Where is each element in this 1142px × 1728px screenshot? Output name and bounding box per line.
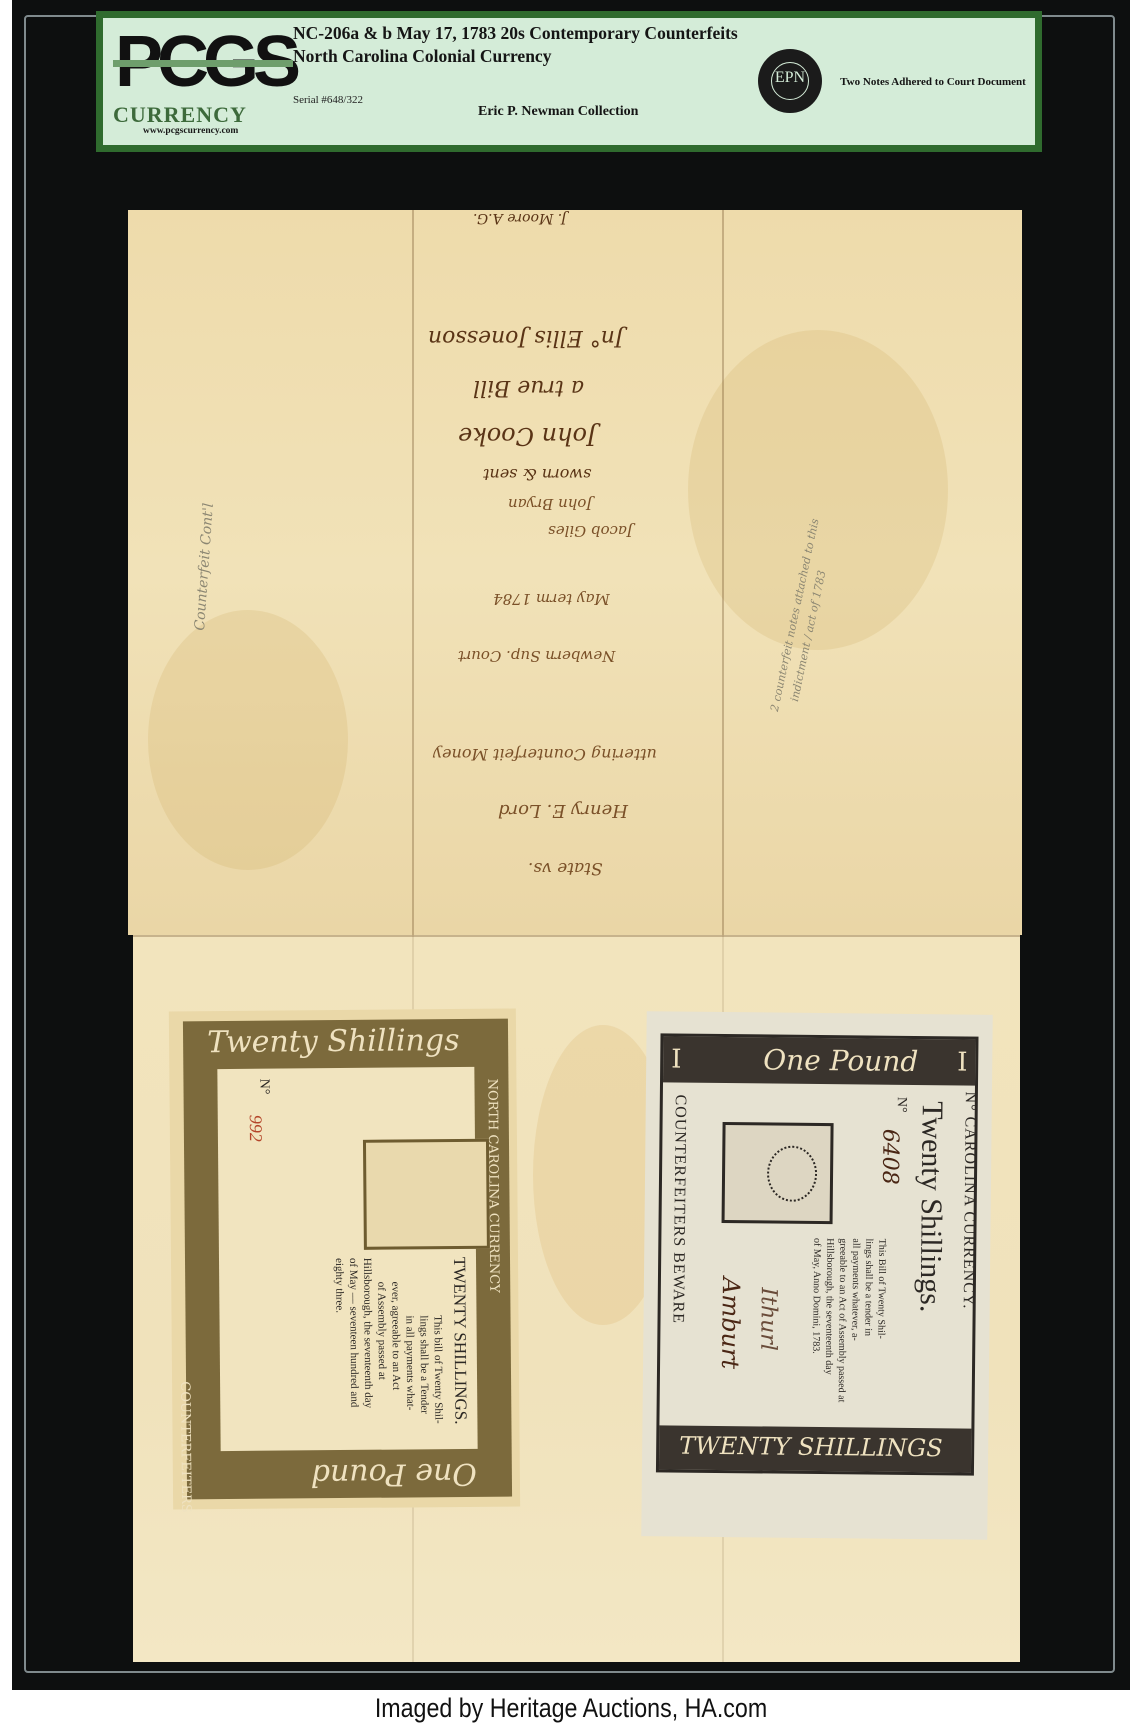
- note2-body-line: greeable to an Act of Assembly passed at: [836, 1238, 849, 1402]
- note2-body-line: of May, Anno Domini, 1783.: [810, 1238, 822, 1354]
- label-title-line1: NC-206a & b May 17, 1783 20s Contemporar…: [293, 23, 738, 44]
- note1-heading: TWENTY SHILLINGS.: [449, 1257, 470, 1425]
- handwriting-line: John Bryan: [508, 495, 592, 513]
- epn-seal-text: EPN: [758, 69, 822, 87]
- handwriting-line: Henry E. Lord: [498, 800, 628, 821]
- note2-top-band: One Pound: [763, 1043, 918, 1078]
- note1-body-line: of Assembly passed at: [375, 1282, 388, 1380]
- fold-line: [412, 210, 414, 935]
- note2-numeral-left: I: [671, 1044, 682, 1074]
- note1-left-band: COUNTERFEITERS: [177, 1381, 193, 1513]
- note2-left-band: COUNTERFEITERS BEWARE: [668, 1094, 688, 1324]
- label-title-line2: North Carolina Colonial Currency: [293, 46, 551, 67]
- handwriting-line: sworn & sent: [483, 465, 591, 484]
- pcgs-logo-wordmark: CURRENCY: [113, 102, 247, 128]
- handwriting-line: John Cooke: [458, 422, 597, 450]
- pencil-note-left: Counterfeit Cont'l: [192, 502, 217, 631]
- pcgs-logo: PCGS CURRENCY www.pcgscurrency.com: [111, 24, 297, 134]
- crown-icon: [767, 1145, 818, 1202]
- note1-number-label: N°: [255, 1079, 271, 1095]
- note2-body-line: all payments whatever, a-: [849, 1238, 861, 1340]
- epn-seal-icon: EPN: [758, 49, 822, 113]
- note2-body-line: Hillsborough, the seventeenth day: [823, 1238, 835, 1375]
- pcgs-label: PCGS CURRENCY www.pcgscurrency.com NC-20…: [96, 11, 1042, 152]
- label-collection: Eric P. Newman Collection: [478, 104, 638, 120]
- note2-right-band: N° CAROLINA CURRENCY.: [959, 1091, 979, 1309]
- fold-line: [133, 935, 1020, 937]
- note1-vignette: [363, 1139, 490, 1250]
- handwriting-line: J. Moore A.G.: [473, 210, 567, 226]
- note1-body-line: Hillsborough, the seventeenth day: [361, 1258, 374, 1408]
- note2-signature: Amburt: [716, 1277, 745, 1369]
- logo-bar-icon: [113, 60, 293, 67]
- note1-body-line: eighty three.: [333, 1258, 345, 1313]
- note2-numeral-right: I: [957, 1047, 968, 1077]
- fold-line: [722, 210, 724, 935]
- handwriting-line: May term 1784: [493, 590, 610, 608]
- note1-body-line: ever, agreeable to an Act: [389, 1282, 402, 1391]
- banknote-1: Twenty Shillings One Pound COUNTERFEITER…: [169, 1008, 520, 1509]
- note2-number-label: N°: [893, 1097, 909, 1113]
- note2-body-line: This Bill of Twenty Shil-: [875, 1239, 887, 1339]
- note2-serial: 6408: [877, 1129, 903, 1185]
- note2-vignette: [722, 1122, 834, 1224]
- court-document-upper: J. Moore A.G. Jn° Ellis Jonesson a true …: [128, 210, 1022, 935]
- note1-top-band: Twenty Shillings: [207, 1023, 460, 1060]
- note1-serial: 992: [245, 1115, 266, 1142]
- note2-bottom-band: TWENTY SHILLINGS: [679, 1432, 943, 1463]
- banknote-2: I One Pound I N° CAROLINA CURRENCY. COUN…: [641, 1011, 992, 1540]
- note1-body-line: in all payments what-: [403, 1315, 416, 1410]
- note1-body-line: This bill of Twenty Shil-: [431, 1315, 444, 1424]
- pcgs-url: www.pcgscurrency.com: [143, 126, 238, 136]
- image-credit: Imaged by Heritage Auctions, HA.com: [80, 1693, 1062, 1724]
- note1-body-line: of May — seventeen hundred and: [347, 1258, 360, 1407]
- note1-body-line: lings shall be a Tender: [417, 1315, 430, 1414]
- label-serial: Serial #648/322: [293, 94, 363, 106]
- note2-heading: Twenty Shillings.: [913, 1101, 949, 1313]
- handwriting-line: Jacob Giles: [548, 522, 633, 540]
- note1-bottom-band: One Pound: [311, 1456, 477, 1492]
- handwriting-line: uttering Counterfeit Money: [433, 745, 657, 764]
- handwriting-line: Newbern Sup. Court: [458, 647, 615, 665]
- handwriting-line: State vs.: [528, 858, 603, 878]
- handwriting-line: a true Bill: [473, 375, 584, 400]
- note2-body-line: lings shall be a tender in: [862, 1238, 874, 1336]
- label-note: Two Notes Adhered to Court Document: [838, 75, 1028, 89]
- note2-signature: Ithurl: [755, 1287, 781, 1351]
- handwriting-line: Jn° Ellis Jonesson: [428, 325, 624, 350]
